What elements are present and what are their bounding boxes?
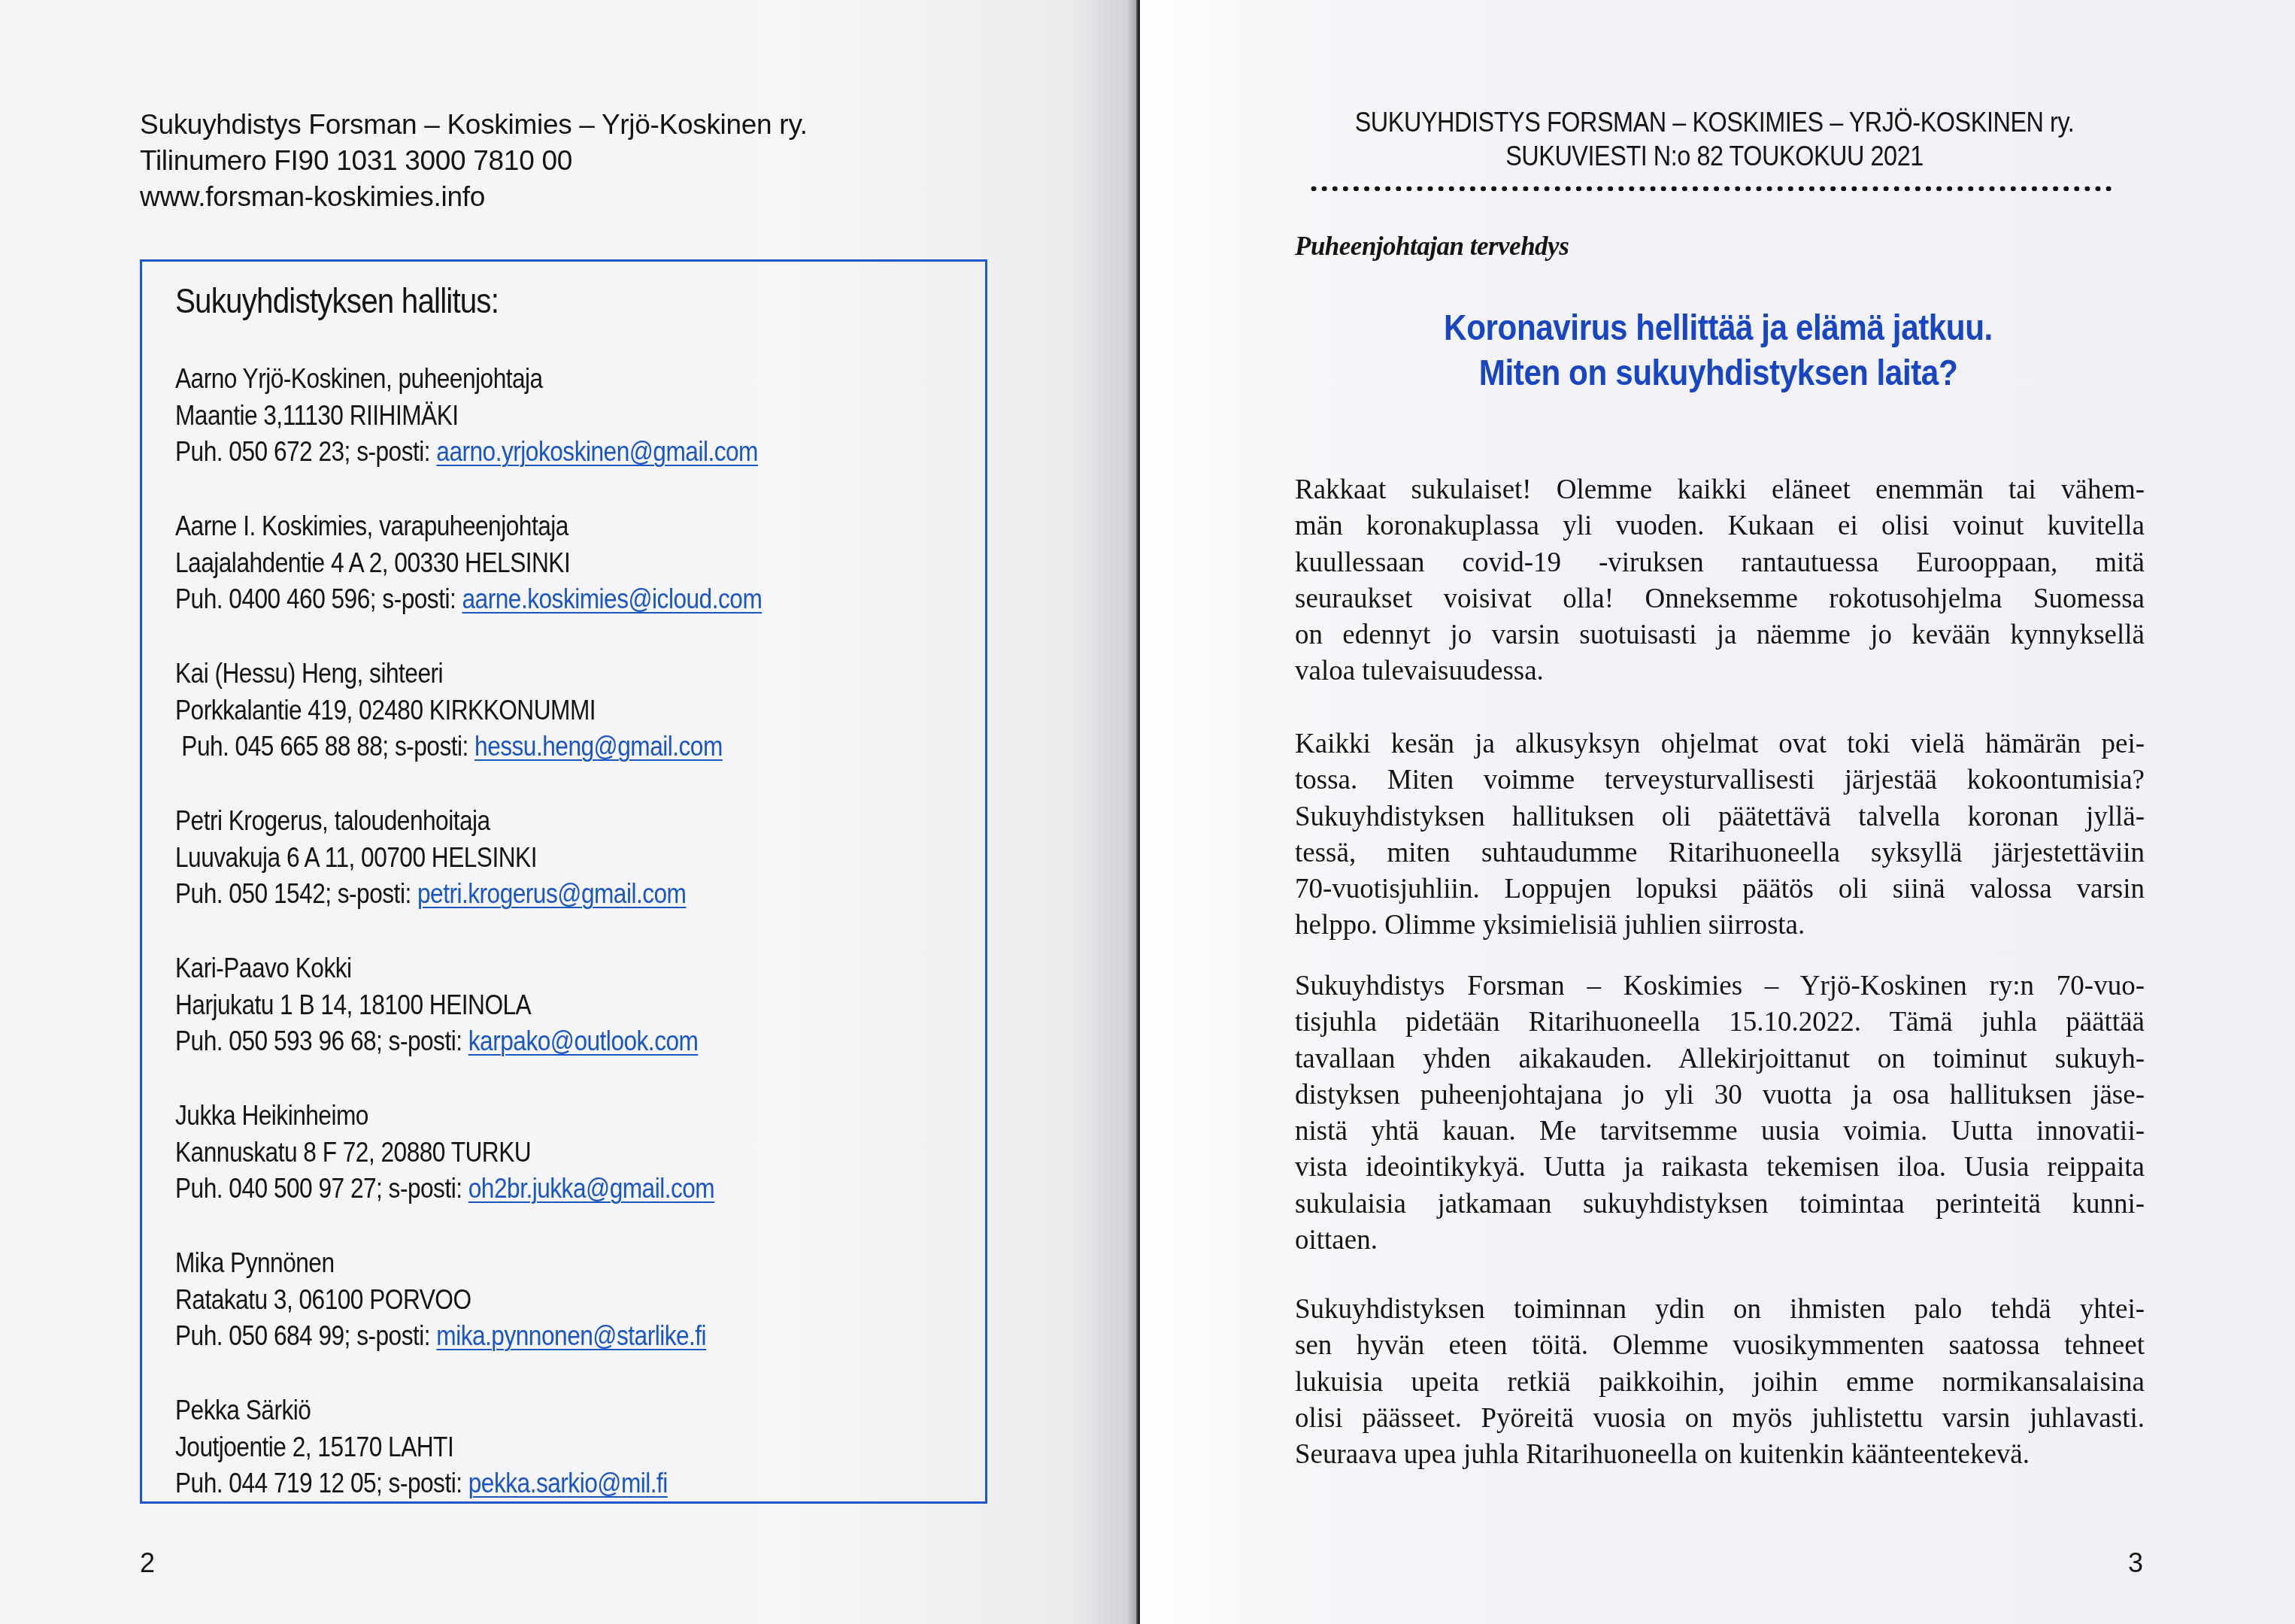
member-address: Kannuskatu 8 F 72, 20880 TURKU — [175, 1135, 531, 1171]
paragraph-line: tossa. Miten voimme terveysturvallisesti… — [1295, 762, 2145, 798]
paragraph-line: lukuisia upeita retkiä paikkoihin, joihi… — [1295, 1365, 2145, 1401]
paragraph-line: tavallaan yhden aikakauden. Allekirjoitt… — [1295, 1041, 2145, 1077]
newsletter-issue: SUKUVIESTI N:o 82 TOUKOKUU 2021 — [1349, 139, 2080, 173]
article-paragraph: Sukuyhdistyksen toiminnan ydin on ihmist… — [1295, 1292, 2145, 1473]
association-name: Sukuyhdistys Forsman – Koskimies – Yrjö-… — [140, 107, 808, 143]
member-contact: Puh. 044 719 12 05; s-posti: pekka.sarki… — [175, 1465, 668, 1502]
board-title: Sukuyhdistyksen hallitus: — [175, 278, 499, 323]
member-phone: Puh. 050 684 99; s-posti: — [175, 1320, 436, 1351]
paragraph-line: distyksen puheenjohtajana jo yli 30 vuot… — [1295, 1077, 2145, 1113]
association-info: Sukuyhdistys Forsman – Koskimies – Yrjö-… — [140, 107, 808, 215]
left-page: Sukuyhdistys Forsman – Koskimies – Yrjö-… — [0, 0, 1138, 1624]
website-url[interactable]: www.forsman-koskimies.info — [140, 179, 808, 215]
member-contact: Puh. 040 500 97 27; s-posti: oh2br.jukka… — [175, 1171, 714, 1207]
paragraph-line: tessä, miten suhtaudumme Ritarihuoneella… — [1295, 835, 2145, 871]
article-paragraph: Rakkaat sukulaiset! Olemme kaikki elänee… — [1295, 472, 2145, 690]
member-name: Kari-Paavo Kokki — [175, 950, 352, 987]
account-number: Tilinumero FI90 1031 3000 7810 00 — [140, 143, 808, 179]
paragraph-line: valoa tulevaisuudessa. — [1295, 653, 2145, 689]
paragraph-line: 70-vuotisjuhliin. Loppujen lopuksi päätö… — [1295, 871, 2145, 907]
member-email-link[interactable]: aarno.yrjokoskinen@gmail.com — [436, 436, 758, 467]
paragraph-line: Kaikki kesän ja alkusyksyn ohjelmat ovat… — [1295, 726, 2145, 762]
article-paragraph: Sukuyhdistys Forsman – Koskimies – Yrjö-… — [1295, 968, 2145, 1259]
paragraph-line: sen hyvän eteen töitä. Olemme vuosikymme… — [1295, 1328, 2145, 1364]
member-address: Joutjoentie 2, 15170 LAHTI — [175, 1429, 453, 1466]
member-address: Ratakatu 3, 06100 PORVOO — [175, 1282, 471, 1319]
member-phone: Puh. 040 500 97 27; s-posti: — [175, 1173, 468, 1204]
member-phone: Puh. 050 672 23; s-posti: — [175, 436, 436, 467]
member-address: Porkkalantie 419, 02480 KIRKKONUMMI — [175, 692, 596, 729]
newsletter-header: SUKUYHDISTYS FORSMAN – KOSKIMIES – YRJÖ-… — [1308, 105, 2121, 173]
paragraph-line: nistä yhtä kauan. Me tarvitsemme uusia v… — [1295, 1113, 2145, 1150]
member-name: Mika Pynnönen — [175, 1245, 335, 1282]
paragraph-line: tisjuhla pidetään Ritarihuoneella 15.10.… — [1295, 1004, 2145, 1041]
member-phone: Puh. 050 593 96 68; s-posti: — [175, 1026, 468, 1056]
member-email-link[interactable]: pekka.sarkio@mil.fi — [468, 1468, 668, 1498]
member-name: Kai (Hessu) Heng, sihteeri — [175, 656, 443, 692]
paragraph-line: helppo. Olimme yksimielisiä juhlien siir… — [1295, 907, 2145, 944]
member-phone: Puh. 050 1542; s-posti: — [175, 878, 417, 909]
dotted-divider — [1308, 185, 2117, 192]
paragraph-line: Rakkaat sukulaiset! Olemme kaikki elänee… — [1295, 472, 2145, 508]
member-email-link[interactable]: aarne.koskimies@icloud.com — [462, 583, 762, 614]
member-contact: Puh. 050 672 23; s-posti: aarno.yrjokosk… — [175, 434, 758, 471]
member-name: Aarno Yrjö-Koskinen, puheenjohtaja — [175, 361, 543, 398]
section-label: Puheenjohtajan tervehdys — [1295, 232, 1569, 262]
member-address: Luuvakuja 6 A 11, 00700 HELSINKI — [175, 840, 537, 877]
page-number-left: 2 — [140, 1547, 155, 1579]
paragraph-line: olisi päässeet. Pyöreitä vuosia on myös … — [1295, 1401, 2145, 1437]
member-name: Aarne I. Koskimies, varapuheenjohtaja — [175, 508, 568, 545]
paragraph-line: sukulaisia jatkamaan sukuyhdistyksen toi… — [1295, 1186, 2145, 1223]
member-address: Harjukatu 1 B 14, 18100 HEINOLA — [175, 987, 531, 1024]
member-name: Jukka Heikinheimo — [175, 1098, 368, 1135]
paragraph-line: kuullessaan covid-19 -viruksen rantautue… — [1295, 545, 2145, 581]
paragraph-line: vista ideointikykyä. Uutta ja raikasta t… — [1295, 1150, 2145, 1186]
paragraph-line: Seuraava upea juhla Ritarihuoneella on k… — [1295, 1437, 2145, 1473]
member-email-link[interactable]: hessu.heng@gmail.com — [474, 731, 723, 762]
paragraph-line: Sukuyhdistyksen toiminnan ydin on ihmist… — [1295, 1292, 2145, 1328]
member-contact: Puh. 050 1542; s-posti: petri.krogerus@g… — [175, 876, 686, 913]
paragraph-line: oittaen. — [1295, 1223, 2145, 1259]
board-members-box: Sukuyhdistyksen hallitus: Aarno Yrjö-Kos… — [140, 259, 987, 1504]
article-paragraph: Kaikki kesän ja alkusyksyn ohjelmat ovat… — [1295, 726, 2145, 944]
page-number-right: 3 — [2128, 1547, 2143, 1579]
member-email-link[interactable]: mika.pynnonen@starlike.fi — [436, 1320, 706, 1351]
paragraph-line: on edennyt jo varsin suotuisasti ja näem… — [1295, 617, 2145, 653]
member-phone: Puh. 045 665 88 88; s-posti: — [175, 731, 474, 762]
member-contact: Puh. 0400 460 596; s-posti: aarne.koskim… — [175, 581, 762, 618]
member-phone: Puh. 0400 460 596; s-posti: — [175, 583, 462, 614]
article-headline: Koronavirus hellittää ja elämä jatkuu. M… — [1305, 306, 2132, 396]
member-address: Laajalahdentie 4 A 2, 00330 HELSINKI — [175, 545, 570, 582]
member-address: Maantie 3,11130 RIIHIMÄKI — [175, 398, 459, 435]
member-name: Petri Krogerus, taloudenhoitaja — [175, 803, 490, 840]
member-contact: Puh. 050 593 96 68; s-posti: karpako@out… — [175, 1023, 698, 1060]
paragraph-line: Sukuyhdistyksen hallituksen oli päätettä… — [1295, 799, 2145, 835]
member-name: Pekka Särkiö — [175, 1392, 311, 1429]
headline-line-1: Koronavirus hellittää ja elämä jatkuu. — [1354, 306, 2082, 351]
member-email-link[interactable]: karpako@outlook.com — [468, 1026, 699, 1056]
paragraph-line: seuraukset voisivat olla! Onneksemme rok… — [1295, 581, 2145, 617]
newsletter-org: SUKUYHDISTYS FORSMAN – KOSKIMIES – YRJÖ-… — [1349, 105, 2080, 139]
member-email-link[interactable]: petri.krogerus@gmail.com — [417, 878, 687, 909]
paragraph-line: män koronakuplassa yli vuoden. Kukaan ei… — [1295, 508, 2145, 544]
paragraph-line: Sukuyhdistys Forsman – Koskimies – Yrjö-… — [1295, 968, 2145, 1004]
member-email-link[interactable]: oh2br.jukka@gmail.com — [468, 1173, 714, 1204]
member-phone: Puh. 044 719 12 05; s-posti: — [175, 1468, 468, 1498]
member-contact: Puh. 050 684 99; s-posti: mika.pynnonen@… — [175, 1318, 706, 1355]
member-contact: Puh. 045 665 88 88; s-posti: hessu.heng@… — [175, 729, 723, 765]
headline-line-2: Miten on sukuyhdistyksen laita? — [1354, 351, 2082, 396]
